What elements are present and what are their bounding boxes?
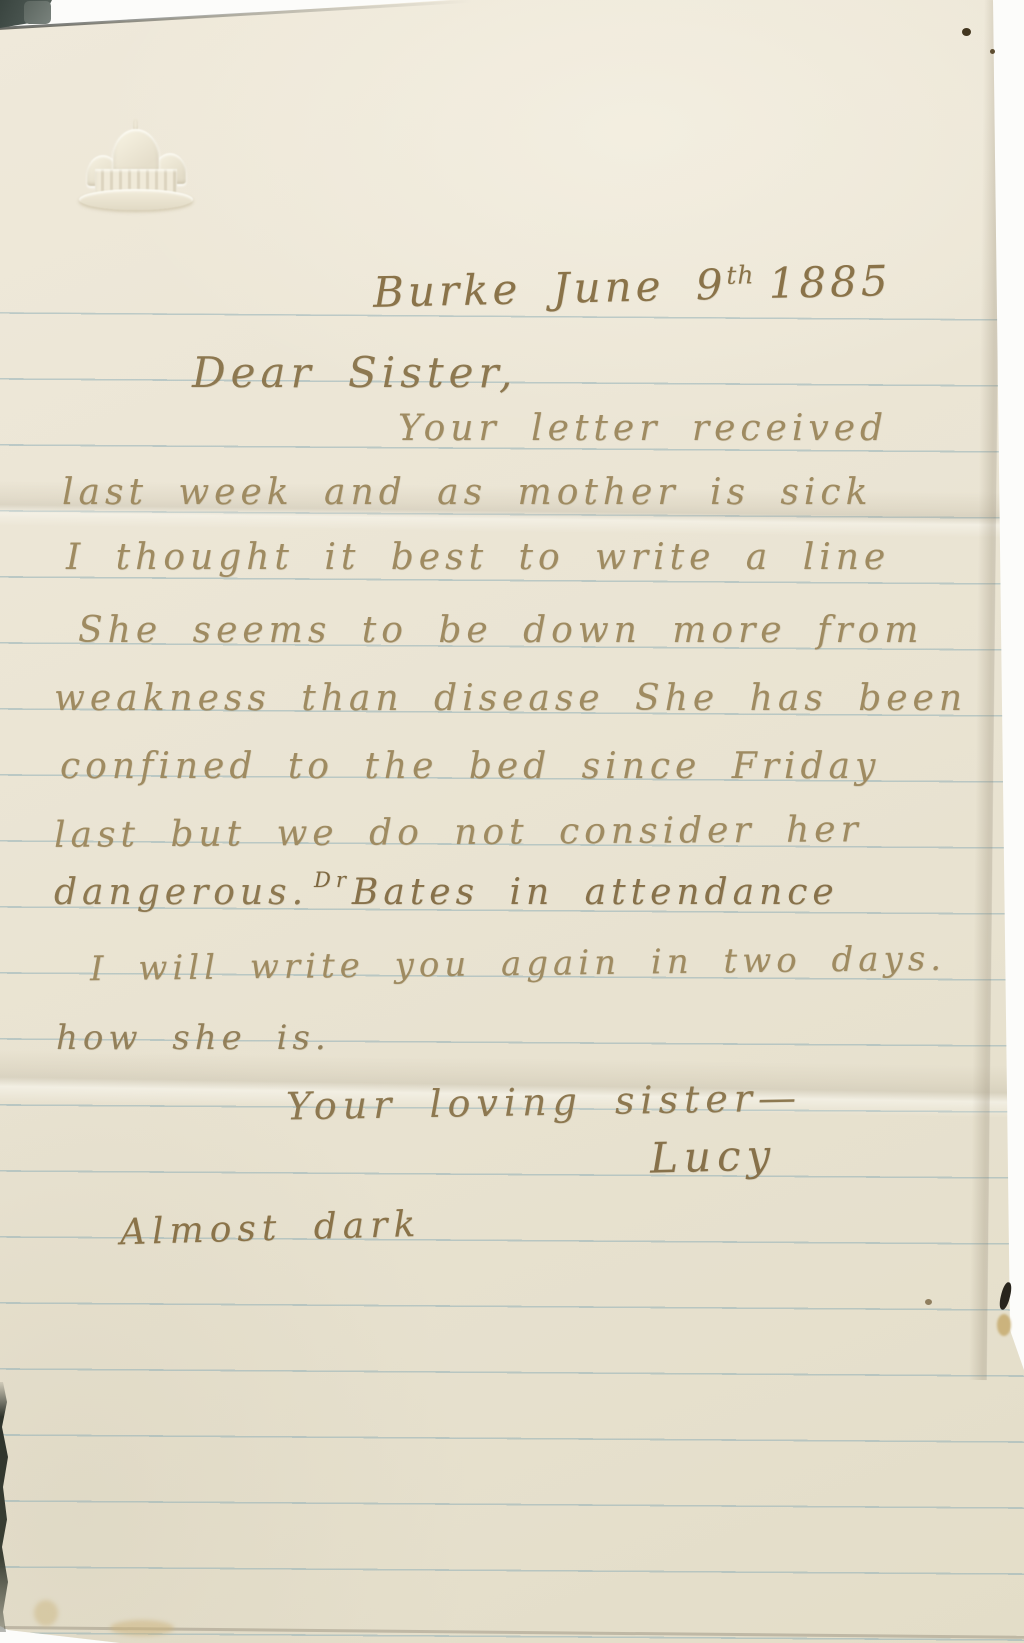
paper-stain	[34, 1600, 58, 1626]
signature: Lucy	[649, 1130, 776, 1182]
body-line-7: last but we do not consider her	[54, 809, 863, 856]
body-line-8: dangerous.DrBates in attendance	[54, 868, 839, 913]
paper-sheet: Burke June 9th1885 Dear Sister, Your let…	[0, 0, 1024, 1643]
body-line-4: She seems to be down more from	[78, 610, 923, 651]
body-line-5: weakness than disease She has been	[54, 678, 967, 719]
ink-stain	[997, 1314, 1011, 1336]
ink-speck	[962, 28, 971, 36]
postscript-line: Almost dark	[119, 1204, 421, 1253]
ink-speck	[925, 1299, 932, 1305]
seal-base	[79, 189, 193, 210]
attendance-dr-superscript: Dr	[314, 868, 351, 892]
embossed-seal	[84, 124, 190, 210]
body-line-10: how she is.	[56, 1018, 331, 1058]
closing-line: Your loving sister—	[286, 1076, 803, 1129]
ink-speck	[990, 49, 995, 54]
body-line-2: last week and as mother is sick	[62, 472, 872, 513]
salutation: Dear Sister,	[192, 348, 517, 397]
body-line-3: I thought it best to write a line	[66, 537, 890, 578]
paper-stain	[110, 1620, 174, 1636]
seal-center-dome	[113, 129, 159, 174]
body-line-6: confined to the bed since Friday	[60, 746, 880, 787]
date-year: 1885	[768, 256, 892, 308]
attendance-after: Bates in attendance	[352, 872, 839, 913]
letter-scan-page: Burke June 9th1885 Dear Sister, Your let…	[0, 0, 1024, 1643]
body-line-1: Your letter received	[398, 408, 888, 449]
date-place-day: Burke June 9	[373, 260, 728, 317]
date-line: Burke June 9th1885	[373, 256, 893, 317]
scan-corner-object-pad	[24, 1, 51, 24]
date-ordinal-suffix: th	[726, 260, 755, 290]
attendance-before: dangerous.	[54, 872, 308, 913]
